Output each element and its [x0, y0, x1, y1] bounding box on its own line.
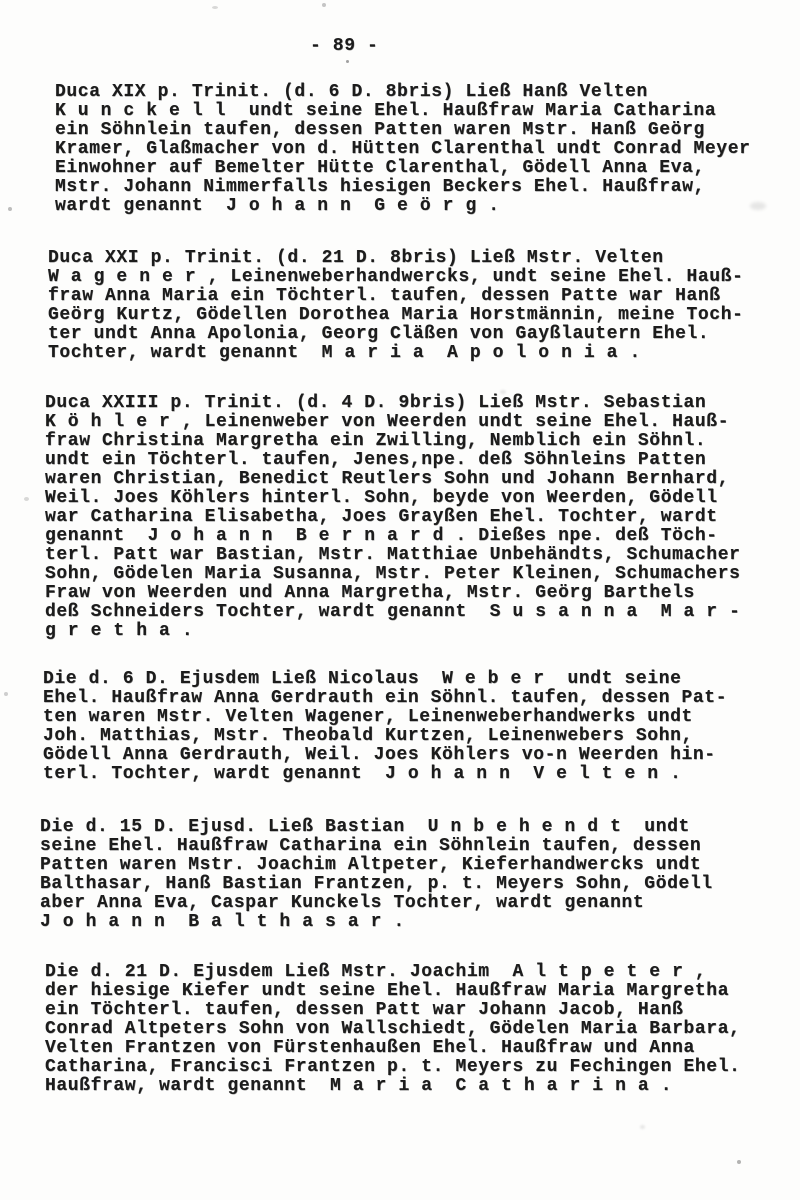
scanned-page: - 89 - Duca XIX p. Trinit. (d. 6 D. 8bri… [0, 0, 800, 1200]
text-line: deß Schneiders Tochter, wardt genannt S … [45, 603, 741, 622]
text-line: Weil. Joes Köhlers hinterl. Sohn, beyde … [45, 489, 741, 508]
text-line: Conrad Altpeters Sohn von Wallschiedt, G… [45, 1020, 741, 1039]
text-line: g r e t h a . [45, 622, 741, 641]
text-line: Duca XIX p. Trinit. (d. 6 D. 8bris) Ließ… [55, 83, 751, 102]
scan-speck [8, 207, 12, 211]
baptism-entry-altpeter: Die d. 21 D. Ejusdem Ließ Mstr. Joachim … [45, 963, 741, 1096]
text-line: Kramer, Glaßmacher von d. Hütten Clarent… [55, 140, 751, 159]
text-line: Die d. 15 D. Ejusd. Ließ Bastian U n b e… [40, 818, 713, 837]
text-line: Ehel. Haußfraw Anna Gerdrauth ein Söhnl.… [43, 689, 727, 708]
scan-speck [4, 692, 8, 696]
text-line: ter undt Anna Apolonia, Georg Cläßen von… [48, 325, 744, 344]
page-number: - 89 - [310, 36, 378, 56]
text-line: Patten waren Mstr. Joachim Altpeter, Kie… [40, 856, 713, 875]
text-line: ein Töchterl. taufen, dessen Patt war Jo… [45, 1001, 741, 1020]
text-line: Haußfraw, wardt genannt M a r i a C a t … [45, 1077, 741, 1096]
text-line: ein Söhnlein taufen, dessen Patten waren… [55, 121, 751, 140]
scan-speck [212, 6, 218, 9]
text-line: ten waren Mstr. Velten Wagener, Leinenwe… [43, 708, 727, 727]
text-line: W a g e n e r , Leinenweberhandwercks, u… [48, 268, 744, 287]
text-line: Geörg Kurtz, Gödellen Dorothea Maria Hor… [48, 306, 744, 325]
text-line: Velten Frantzen von Fürstenhaußen Ehel. … [45, 1039, 741, 1058]
text-line: genannt J o h a n n B e r n a r d . Dieß… [45, 527, 741, 546]
text-line: Duca XXI p. Trinit. (d. 21 D. 8bris) Lie… [48, 249, 744, 268]
text-line: Joh. Matthias, Mstr. Theobald Kurtzen, L… [43, 727, 727, 746]
text-line: K u n c k e l l undt seine Ehel. Haußfra… [55, 102, 751, 121]
scan-smudge [750, 202, 766, 210]
text-line: Sohn, Gödelen Maria Susanna, Mstr. Peter… [45, 565, 741, 584]
text-line: der hiesige Kiefer undt seine Ehel. Hauß… [45, 982, 741, 1001]
text-line: fraw Christina Margretha ein Zwilling, N… [45, 432, 741, 451]
text-line: fraw Anna Maria ein Töchterl. taufen, de… [48, 287, 744, 306]
text-line: wardt genannt J o h a n n G e ö r g . [55, 197, 751, 216]
text-line: aber Anna Eva, Caspar Kunckels Tochter, … [40, 894, 713, 913]
scan-speck [640, 1125, 645, 1129]
text-line: Catharina, Francisci Frantzen p. t. Meye… [45, 1058, 741, 1077]
baptism-entry-kunckell: Duca XIX p. Trinit. (d. 6 D. 8bris) Ließ… [55, 83, 751, 216]
scan-speck [322, 3, 326, 7]
scan-speck [346, 60, 349, 63]
text-line: K ö h l e r , Leinenweber von Weerden un… [45, 413, 741, 432]
text-line: Gödell Anna Gerdrauth, Weil. Joes Köhler… [43, 746, 727, 765]
text-line: J o h a n n B a l t h a s a r . [40, 913, 713, 932]
baptism-entry-koehler: Duca XXIII p. Trinit. (d. 4 D. 9bris) Li… [45, 394, 741, 641]
text-line: Einwohner auf Bemelter Hütte Clarenthal,… [55, 159, 751, 178]
text-line: Tochter, wardt genannt M a r i a A p o l… [48, 344, 744, 363]
text-line: war Catharina Elisabetha, Joes Grayßen E… [45, 508, 741, 527]
scan-speck [737, 1160, 741, 1164]
baptism-entry-unbehendt: Die d. 15 D. Ejusd. Ließ Bastian U n b e… [40, 818, 713, 932]
text-line: Balthasar, Hanß Bastian Frantzen, p. t. … [40, 875, 713, 894]
text-line: terl. Patt war Bastian, Mstr. Matthiae U… [45, 546, 741, 565]
text-line: undt ein Töchterl. taufen, Jenes,npe. de… [45, 451, 741, 470]
text-line: seine Ehel. Haußfraw Catharina ein Söhnl… [40, 837, 713, 856]
text-line: Mstr. Johann Nimmerfalls hiesigen Becker… [55, 178, 751, 197]
baptism-entry-weber: Die d. 6 D. Ejusdem Ließ Nicolaus W e b … [43, 670, 727, 784]
scan-speck [500, 390, 506, 394]
text-line: Fraw von Weerden und Anna Margretha, Mst… [45, 584, 741, 603]
text-line: terl. Tochter, wardt genannt J o h a n n… [43, 765, 727, 784]
baptism-entry-wagener: Duca XXI p. Trinit. (d. 21 D. 8bris) Lie… [48, 249, 744, 363]
scan-speck [24, 497, 29, 501]
text-line: Die d. 21 D. Ejusdem Ließ Mstr. Joachim … [45, 963, 741, 982]
text-line: waren Christian, Benedict Reutlers Sohn … [45, 470, 741, 489]
text-line: Duca XXIII p. Trinit. (d. 4 D. 9bris) Li… [45, 394, 741, 413]
text-line: Die d. 6 D. Ejusdem Ließ Nicolaus W e b … [43, 670, 727, 689]
